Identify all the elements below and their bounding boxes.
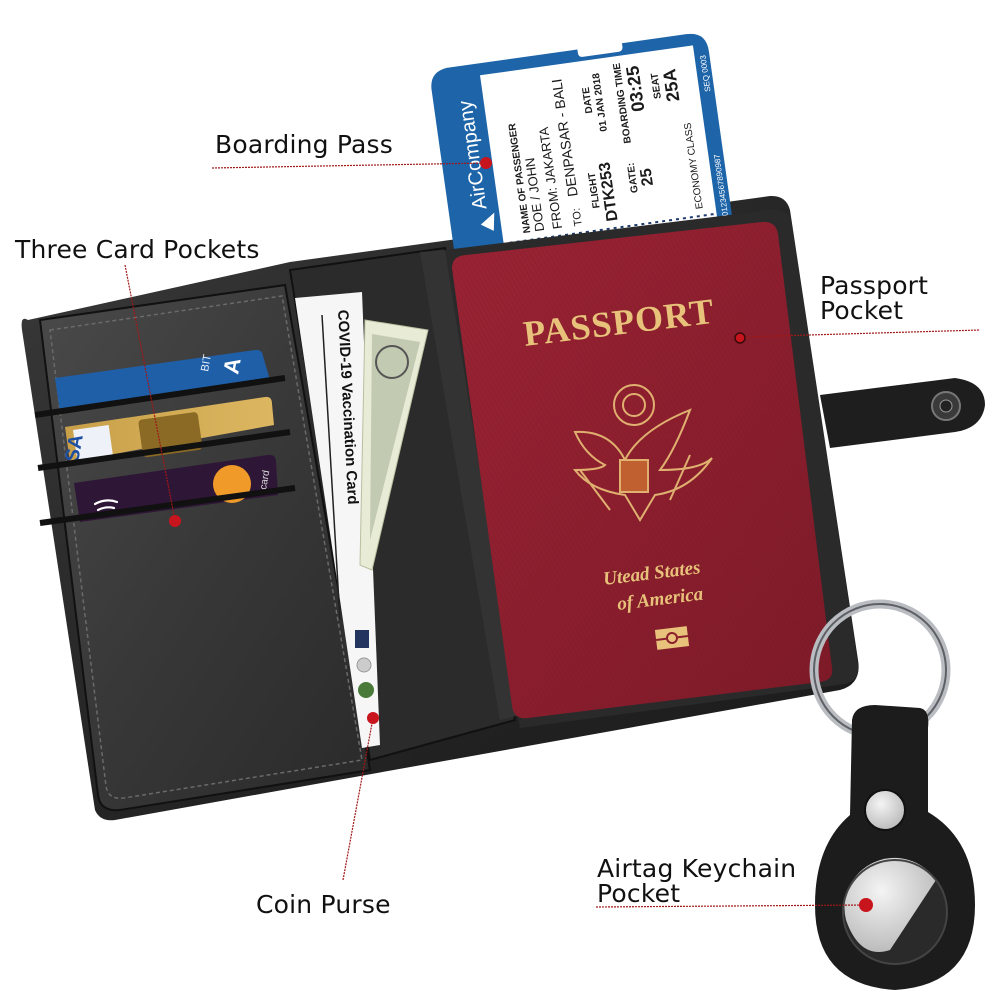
callout-boarding-pass: Boarding Pass [215, 132, 393, 158]
passport: PASSPORT Uteаd States of America [452, 222, 832, 718]
rivet-icon [865, 790, 905, 830]
callout-coin-purse: Coin Purse [256, 892, 391, 918]
callout-airtag-line2: Pocket [597, 881, 680, 907]
biometric-chip-icon [655, 626, 689, 650]
svg-text:TO:: TO: [570, 207, 584, 227]
callout-three-card-pockets: Three Card Pockets [15, 237, 260, 263]
callout-passport-pocket-line2: Pocket [820, 298, 903, 324]
svg-text:25: 25 [638, 167, 657, 187]
product-illustration: BIT A SA card COVID-19 Vaccination Card [0, 0, 1000, 1000]
